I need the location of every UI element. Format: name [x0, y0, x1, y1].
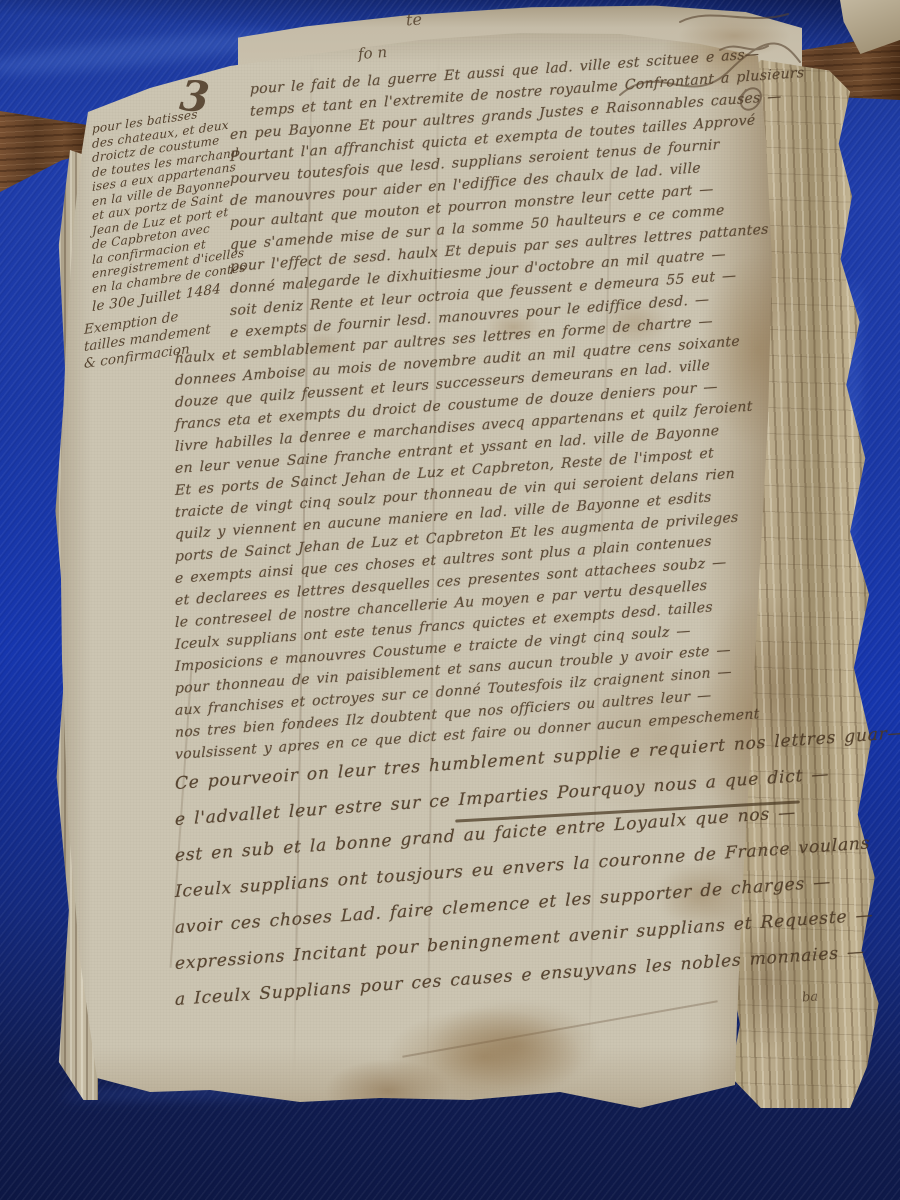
- manuscript-photo: te fo n 3 ba pour les batissesdes chatea…: [0, 0, 900, 1200]
- back-leaf-folio-mark: te: [406, 10, 423, 30]
- ink-stain: [430, 1000, 600, 1090]
- folio-number-mark: fo n: [357, 43, 387, 63]
- pen-trials-icon: [600, 0, 820, 140]
- catchword: ba: [801, 989, 818, 1005]
- manuscript-body-text: pour le fait de la guerre Et aussi que l…: [175, 41, 790, 1018]
